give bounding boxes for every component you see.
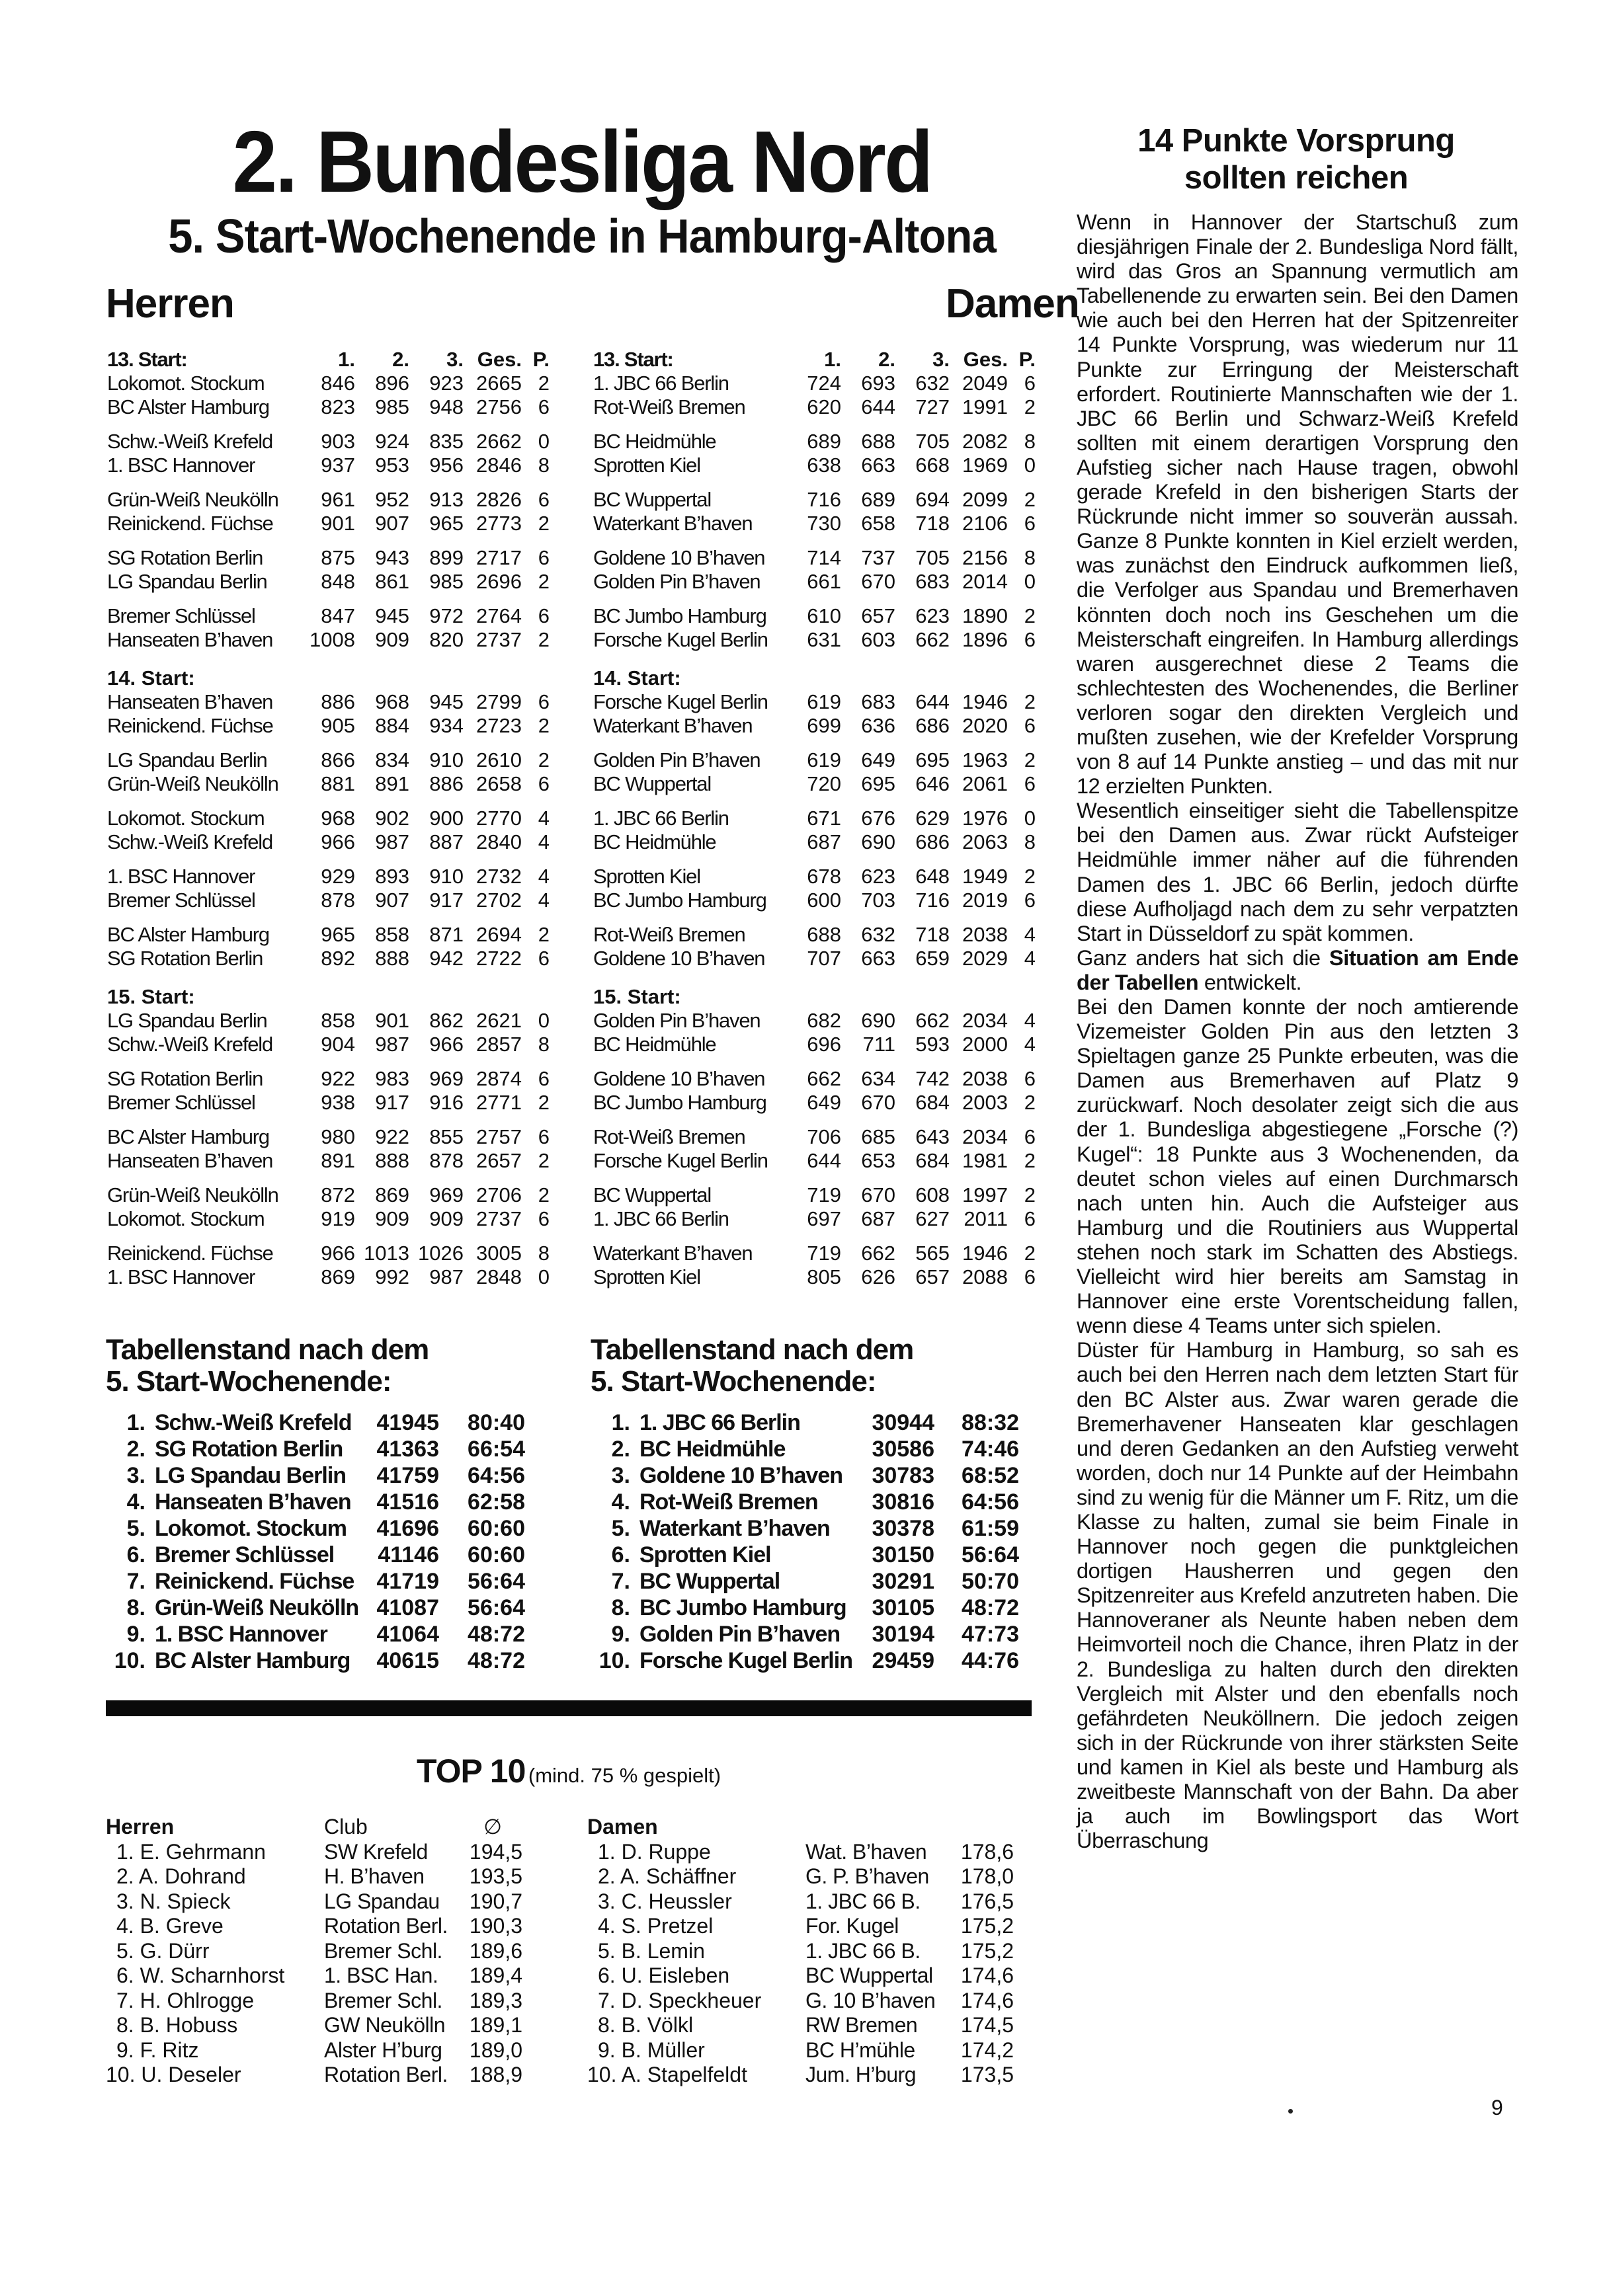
player-name: 10. U. Deseler: [106, 2063, 324, 2088]
average: 189,3: [456, 1989, 522, 2014]
start-block: 13. Start:1.2.3.Ges.P.1. JBC 66 Berlin72…: [593, 348, 1036, 652]
total: 1976: [950, 807, 1008, 830]
game-2: 690: [841, 1009, 895, 1033]
player-name: 6. W. Scharnhorst: [106, 1963, 324, 1989]
standings-title-line1: Tabellenstand nach dem: [591, 1334, 1053, 1366]
result-row: SG Rotation Berlin87594389927176: [107, 546, 550, 570]
game-2: 657: [841, 604, 895, 628]
start-block: 14. Start:Forsche Kugel Berlin6196836441…: [593, 666, 1036, 970]
team-name: BC Wuppertal: [639, 1568, 850, 1595]
game-1: 823: [299, 395, 355, 419]
game-1: 678: [785, 865, 841, 889]
game-3: 969: [409, 1183, 464, 1207]
game-1: 644: [785, 1149, 841, 1173]
team-name: BC Heidmühle: [593, 430, 785, 454]
team-name: 1. JBC 66 Berlin: [593, 372, 785, 395]
match-pair: Grün-Weiß Neukölln96195291328266Reinicke…: [107, 488, 550, 535]
rank: 2.: [591, 1436, 639, 1462]
team-name: BC Alster Hamburg: [107, 1125, 299, 1149]
team-name: Sprotten Kiel: [593, 1265, 785, 1289]
average: 175,2: [948, 1914, 1014, 1939]
game-1: 904: [299, 1033, 355, 1056]
game-2: 907: [355, 889, 409, 912]
game-2: 858: [355, 923, 409, 947]
team-name: SG Rotation Berlin: [155, 1436, 358, 1462]
total: 2756: [464, 395, 522, 419]
points: 2: [522, 628, 550, 652]
game-1: 891: [299, 1149, 355, 1173]
game-2: 888: [355, 1149, 409, 1173]
total: 2657: [464, 1149, 522, 1173]
team-name: BC Jumbo Hamburg: [639, 1595, 850, 1621]
top10-damen: Damen 1. D. RuppeWat. B’haven178,62. A. …: [587, 1815, 1050, 2088]
average: 175,2: [948, 1939, 1014, 1964]
game-3: 629: [895, 807, 950, 830]
game-2: 632: [841, 923, 895, 947]
herren-standings-table: 1.Schw.-Weiß Krefeld4194580:402.SG Rotat…: [106, 1409, 569, 1674]
game-3: 820: [409, 628, 464, 652]
game-2: 626: [841, 1265, 895, 1289]
team-name: BC Jumbo Hamburg: [593, 889, 785, 912]
total: 1991: [950, 395, 1008, 419]
points: 56:64: [439, 1595, 525, 1621]
top10-row: 5. G. DürrBremer Schl.189,6: [106, 1939, 569, 1964]
game-3: 648: [895, 865, 950, 889]
total-pins: 41087: [358, 1595, 439, 1621]
total: 1969: [950, 454, 1008, 477]
points: 0: [1008, 454, 1036, 477]
team-name: Sprotten Kiel: [639, 1542, 850, 1568]
game-3: 900: [409, 807, 464, 830]
match-pair: Golden Pin B’haven61964969519632BC Wuppe…: [593, 748, 1036, 796]
team-name: LG Spandau Berlin: [107, 570, 299, 594]
points: 61:59: [934, 1515, 1019, 1542]
total: 2857: [464, 1033, 522, 1056]
team-name: Bremer Schlüssel: [107, 1091, 299, 1115]
points: 0: [1008, 807, 1036, 830]
points: 6: [1008, 714, 1036, 738]
points: 2: [522, 923, 550, 947]
team-name: SG Rotation Berlin: [107, 947, 299, 970]
total: 2706: [464, 1183, 522, 1207]
result-row: Goldene 10 B’haven71473770521568: [593, 546, 1036, 570]
total: 2038: [950, 923, 1008, 947]
game-3: 855: [409, 1125, 464, 1149]
total: 3005: [464, 1242, 522, 1265]
points: 4: [1008, 923, 1036, 947]
game-3: 916: [409, 1091, 464, 1115]
game-2: 693: [841, 372, 895, 395]
game-2: 711: [841, 1033, 895, 1056]
column-header-ges: Ges.: [950, 348, 1008, 372]
team-name: Forsche Kugel Berlin: [593, 628, 785, 652]
top10-row: 4. S. PretzelFor. Kugel175,2: [587, 1914, 1050, 1939]
points: 64:56: [934, 1489, 1019, 1515]
standings-row: 9.Golden Pin B’haven3019447:73: [591, 1621, 1053, 1647]
standings-row: 6.Sprotten Kiel3015056:64: [591, 1542, 1053, 1568]
total: 2049: [950, 372, 1008, 395]
team-name: BC Alster Hamburg: [107, 923, 299, 947]
game-1: 968: [299, 807, 355, 830]
game-2: 985: [355, 395, 409, 419]
player-name: 5. G. Dürr: [106, 1939, 324, 1964]
result-row: Hanseaten B’haven89188887826572: [107, 1149, 550, 1173]
game-3: 684: [895, 1091, 950, 1115]
match-pair: 1. BSC Hannover92989391027324Bremer Schl…: [107, 865, 550, 912]
average: 190,3: [456, 1914, 522, 1939]
points: 2: [1008, 1183, 1036, 1207]
team-name: Bremer Schlüssel: [107, 889, 299, 912]
game-1: 848: [299, 570, 355, 594]
points: 8: [522, 454, 550, 477]
team-name: Lokomot. Stockum: [107, 372, 299, 395]
herren-standings-section: Tabellenstand nach dem 5. Start-Wochenen…: [106, 1334, 569, 1674]
game-3: 627: [895, 1207, 950, 1231]
start-block: 13. Start:1.2.3.Ges.P.Lokomot. Stockum84…: [107, 348, 550, 652]
result-row: BC Wuppertal71668969420992: [593, 488, 1036, 512]
result-row: SG Rotation Berlin92298396928746: [107, 1067, 550, 1091]
total-pins: 30586: [850, 1436, 934, 1462]
column-header-c2: 2.: [841, 348, 895, 372]
game-1: 875: [299, 546, 355, 570]
points: 50:70: [934, 1568, 1019, 1595]
game-2: 987: [355, 830, 409, 854]
team-name: Waterkant B’haven: [593, 714, 785, 738]
player-name: 9. B. Müller: [587, 2038, 805, 2063]
result-row: Waterkant B’haven69963668620206: [593, 714, 1036, 738]
result-row: Bremer Schlüssel87890791727024: [107, 889, 550, 912]
club-name: 1. JBC 66 B.: [805, 1939, 948, 1964]
average: 178,6: [948, 1840, 1014, 1865]
game-1: 903: [299, 430, 355, 454]
result-row: Lokomot. Stockum96890290027704: [107, 807, 550, 830]
total: 2662: [464, 430, 522, 454]
total: 1963: [950, 748, 1008, 772]
game-3: 659: [895, 947, 950, 970]
game-3: 966: [409, 1033, 464, 1056]
points: 6: [1008, 512, 1036, 535]
total: 2874: [464, 1067, 522, 1091]
game-2: 987: [355, 1033, 409, 1056]
game-2: 834: [355, 748, 409, 772]
total: 2029: [950, 947, 1008, 970]
match-pair: Hanseaten B’haven88696894527996Reinicken…: [107, 690, 550, 738]
game-1: 707: [785, 947, 841, 970]
team-name: Hanseaten B’haven: [155, 1489, 358, 1515]
team-name: Golden Pin B’haven: [639, 1621, 850, 1647]
team-name: Goldene 10 B’haven: [593, 546, 785, 570]
team-name: Schw.-Weiß Krefeld: [107, 430, 299, 454]
total: 2722: [464, 947, 522, 970]
game-3: 657: [895, 1265, 950, 1289]
club-name: Bremer Schl.: [324, 1939, 456, 1964]
game-2: 907: [355, 512, 409, 535]
team-name: Goldene 10 B’haven: [639, 1462, 850, 1489]
result-row: Lokomot. Stockum91990990927376: [107, 1207, 550, 1231]
average: 189,6: [456, 1939, 522, 1964]
herren-results-table: 13. Start:1.2.3.Ges.P.Lokomot. Stockum84…: [107, 348, 550, 1304]
team-name: BC Jumbo Hamburg: [593, 1091, 785, 1115]
team-name: Forsche Kugel Berlin: [593, 1149, 785, 1173]
top10-row: 7. H. OhlroggeBremer Schl.189,3: [106, 1989, 569, 2014]
game-2: 658: [841, 512, 895, 535]
total: 2020: [950, 714, 1008, 738]
match-pair: Golden Pin B’haven68269066220344BC Heidm…: [593, 1009, 1036, 1056]
total: 2011: [950, 1207, 1008, 1231]
game-3: 1026: [409, 1242, 464, 1265]
standings-row: 4.Hanseaten B’haven4151662:58: [106, 1489, 569, 1515]
start-title: 15. Start:: [593, 985, 1036, 1009]
total: 2038: [950, 1067, 1008, 1091]
team-name: Grün-Weiß Neukölln: [107, 772, 299, 796]
total: 2106: [950, 512, 1008, 535]
standings-row: 2.SG Rotation Berlin4136366:54: [106, 1436, 569, 1462]
team-name: Hanseaten B’haven: [107, 628, 299, 652]
team-name: Bremer Schlüssel: [155, 1542, 358, 1568]
average: 174,6: [948, 1963, 1014, 1989]
team-name: Waterkant B’haven: [593, 512, 785, 535]
rank: 4.: [591, 1489, 639, 1515]
result-row: Golden Pin B’haven66167068320140: [593, 570, 1036, 594]
total-pins: 30816: [850, 1489, 934, 1515]
start-title: 14. Start:: [593, 666, 1036, 690]
game-1: 638: [785, 454, 841, 477]
result-row: BC Jumbo Hamburg60070371620196: [593, 889, 1036, 912]
total: 2610: [464, 748, 522, 772]
rank: 9.: [106, 1621, 155, 1647]
points: 2: [1008, 604, 1036, 628]
match-pair: Goldene 10 B’haven66263474220386BC Jumbo…: [593, 1067, 1036, 1115]
points: 6: [1008, 772, 1036, 796]
team-name: Rot-Weiß Bremen: [639, 1489, 850, 1515]
standings-row: 3.LG Spandau Berlin4175964:56: [106, 1462, 569, 1489]
game-3: 643: [895, 1125, 950, 1149]
top10-row: 7. D. SpeckheuerG. 10 B’haven174,6: [587, 1989, 1050, 2014]
game-2: 901: [355, 1009, 409, 1033]
result-row: BC Wuppertal71967060819972: [593, 1183, 1036, 1207]
total: 2737: [464, 1207, 522, 1231]
result-row: 1. BSC Hannover93795395628468: [107, 454, 550, 477]
game-2: 662: [841, 1242, 895, 1265]
club-name: LG Spandau: [324, 1889, 456, 1915]
match-pair: BC Alster Hamburg96585887126942SG Rotati…: [107, 923, 550, 970]
game-1: 966: [299, 830, 355, 854]
result-row: 1. JBC 66 Berlin72469363220496: [593, 372, 1036, 395]
points: 2: [1008, 748, 1036, 772]
top10-row: 8. B. VölklRW Bremen174,5: [587, 2013, 1050, 2038]
rank: 2.: [106, 1436, 155, 1462]
standings-row: 8.Grün-Weiß Neukölln4108756:64: [106, 1595, 569, 1621]
points: 8: [1008, 546, 1036, 570]
points: 64:56: [439, 1462, 525, 1489]
game-2: 893: [355, 865, 409, 889]
game-1: 719: [785, 1183, 841, 1207]
result-row: 1. JBC 66 Berlin69768762720116: [593, 1207, 1036, 1231]
result-row: Lokomot. Stockum84689692326652: [107, 372, 550, 395]
points: 6: [522, 488, 550, 512]
game-1: 706: [785, 1125, 841, 1149]
points: 48:72: [934, 1595, 1019, 1621]
player-name: 10. A. Stapelfeldt: [587, 2063, 805, 2088]
game-2: 690: [841, 830, 895, 854]
player-name: 3. C. Heussler: [587, 1889, 805, 1915]
total-pins: 40615: [358, 1647, 439, 1674]
game-2: 687: [841, 1207, 895, 1231]
game-3: 835: [409, 430, 464, 454]
result-row: Forsche Kugel Berlin64465368419812: [593, 1149, 1036, 1173]
points: 74:46: [934, 1436, 1019, 1462]
game-3: 942: [409, 947, 464, 970]
game-1: 682: [785, 1009, 841, 1033]
result-row: Grün-Weiß Neukölln96195291328266: [107, 488, 550, 512]
club-name: H. B’haven: [324, 1864, 456, 1889]
game-1: 716: [785, 488, 841, 512]
team-name: BC Heidmühle: [593, 1033, 785, 1056]
player-name: 1. E. Gehrmann: [106, 1840, 324, 1865]
club-name: G. P. B’haven: [805, 1864, 948, 1889]
total: 2034: [950, 1009, 1008, 1033]
club-name: Alster H’burg: [324, 2038, 456, 2063]
points: 4: [522, 889, 550, 912]
game-3: 909: [409, 1207, 464, 1231]
game-1: 619: [785, 748, 841, 772]
points: 2: [522, 714, 550, 738]
article-title-line1: 14 Punkte Vorsprung: [1068, 122, 1524, 159]
team-name: Reinickend. Füchse: [155, 1568, 358, 1595]
team-name: Golden Pin B’haven: [593, 748, 785, 772]
player-name: 6. U. Eisleben: [587, 1963, 805, 1989]
average: 174,2: [948, 2038, 1014, 2063]
total-pins: 30378: [850, 1515, 934, 1542]
match-pair: Bremer Schlüssel84794597227646Hanseaten …: [107, 604, 550, 652]
game-1: 600: [785, 889, 841, 912]
rank: 3.: [106, 1462, 155, 1489]
game-3: 945: [409, 690, 464, 714]
team-name: BC Wuppertal: [593, 488, 785, 512]
game-3: 899: [409, 546, 464, 570]
team-name: BC Alster Hamburg: [107, 395, 299, 419]
rank: 1.: [591, 1409, 639, 1436]
top10-row: 8. B. HobussGW Neukölln189,1: [106, 2013, 569, 2038]
game-2: 992: [355, 1265, 409, 1289]
points: 4: [522, 807, 550, 830]
game-2: 689: [841, 488, 895, 512]
match-pair: BC Wuppertal71668969420992Waterkant B’ha…: [593, 488, 1036, 535]
result-row: BC Jumbo Hamburg64967068420032: [593, 1091, 1036, 1115]
team-name: BC Wuppertal: [593, 772, 785, 796]
article-title: 14 Punkte Vorsprung sollten reichen: [1068, 122, 1524, 196]
game-1: 619: [785, 690, 841, 714]
points: 2: [522, 512, 550, 535]
game-3: 727: [895, 395, 950, 419]
game-3: 862: [409, 1009, 464, 1033]
team-name: Rot-Weiß Bremen: [593, 1125, 785, 1149]
top10-title: TOP 10: [417, 1753, 525, 1790]
points: 60:60: [439, 1515, 525, 1542]
game-3: 887: [409, 830, 464, 854]
game-1: 1008: [299, 628, 355, 652]
top10-damen-label: Damen: [587, 1815, 658, 1840]
club-name: SW Krefeld: [324, 1840, 456, 1865]
top10-herren: Herren Club ∅ 1. E. GehrmannSW Krefeld19…: [106, 1815, 569, 2088]
points: 6: [1008, 1207, 1036, 1231]
standings-row: 5.Waterkant B’haven3037861:59: [591, 1515, 1053, 1542]
game-3: 742: [895, 1067, 950, 1091]
article-body: Wenn in Hannover der Startschuß zum dies…: [1077, 210, 1518, 1853]
rank: 9.: [591, 1621, 639, 1647]
points: 2: [1008, 1149, 1036, 1173]
game-1: 901: [299, 512, 355, 535]
game-1: 881: [299, 772, 355, 796]
page-number: 9: [1491, 2096, 1503, 2120]
team-name: SG Rotation Berlin: [107, 546, 299, 570]
standings-row: 8.BC Jumbo Hamburg3010548:72: [591, 1595, 1053, 1621]
game-3: 910: [409, 748, 464, 772]
result-row: Waterkant B’haven73065871821066: [593, 512, 1036, 535]
result-row: BC Heidmühle68769068620638: [593, 830, 1036, 854]
team-name: LG Spandau Berlin: [155, 1462, 358, 1489]
game-1: 886: [299, 690, 355, 714]
game-2: 663: [841, 454, 895, 477]
total: 2034: [950, 1125, 1008, 1149]
game-2: 891: [355, 772, 409, 796]
column-header-c3: 3.: [409, 348, 464, 372]
start-title: 15. Start:: [107, 985, 550, 1009]
match-pair: Lokomot. Stockum84689692326652BC Alster …: [107, 372, 550, 419]
points: 0: [1008, 570, 1036, 594]
article-paragraph: Ganz anders hat sich die Situation am En…: [1077, 946, 1518, 995]
points: 4: [1008, 1033, 1036, 1056]
average: 173,5: [948, 2063, 1014, 2088]
result-row: LG Spandau Berlin84886198526962: [107, 570, 550, 594]
average: 188,9: [456, 2063, 522, 2088]
match-pair: LG Spandau Berlin85890186226210Schw.-Wei…: [107, 1009, 550, 1056]
result-row: Reinickend. Füchse90588493427232: [107, 714, 550, 738]
team-name: Lokomot. Stockum: [107, 1207, 299, 1231]
team-name: Goldene 10 B’haven: [593, 1067, 785, 1091]
page-subtitle: 5. Start-Wochenende in Hamburg-Altona: [139, 210, 1024, 263]
top10-row: 2. A. SchäffnerG. P. B’haven178,0: [587, 1864, 1050, 1889]
game-1: 858: [299, 1009, 355, 1033]
game-3: 718: [895, 512, 950, 535]
points: 6: [522, 1207, 550, 1231]
match-pair: Rot-Weiß Bremen68863271820384Goldene 10 …: [593, 923, 1036, 970]
match-pair: Goldene 10 B’haven71473770521568Golden P…: [593, 546, 1036, 594]
points: 56:64: [439, 1568, 525, 1595]
team-name: Forsche Kugel Berlin: [639, 1647, 850, 1674]
game-2: 603: [841, 628, 895, 652]
result-row: 1. BSC Hannover86999298728480: [107, 1265, 550, 1289]
game-1: 671: [785, 807, 841, 830]
game-3: 684: [895, 1149, 950, 1173]
game-2: 888: [355, 947, 409, 970]
points: 2: [522, 570, 550, 594]
game-1: 846: [299, 372, 355, 395]
standings-row: 1.Schw.-Weiß Krefeld4194580:40: [106, 1409, 569, 1436]
game-1: 872: [299, 1183, 355, 1207]
result-row: Goldene 10 B’haven70766365920294: [593, 947, 1036, 970]
game-2: 861: [355, 570, 409, 594]
points: 6: [522, 1125, 550, 1149]
points: 6: [1008, 628, 1036, 652]
total: 2000: [950, 1033, 1008, 1056]
club-name: G. 10 B’haven: [805, 1989, 948, 2014]
points: 6: [522, 546, 550, 570]
rank: 8.: [106, 1595, 155, 1621]
club-name: For. Kugel: [805, 1914, 948, 1939]
game-2: 896: [355, 372, 409, 395]
player-name: 2. A. Dohrand: [106, 1864, 324, 1889]
